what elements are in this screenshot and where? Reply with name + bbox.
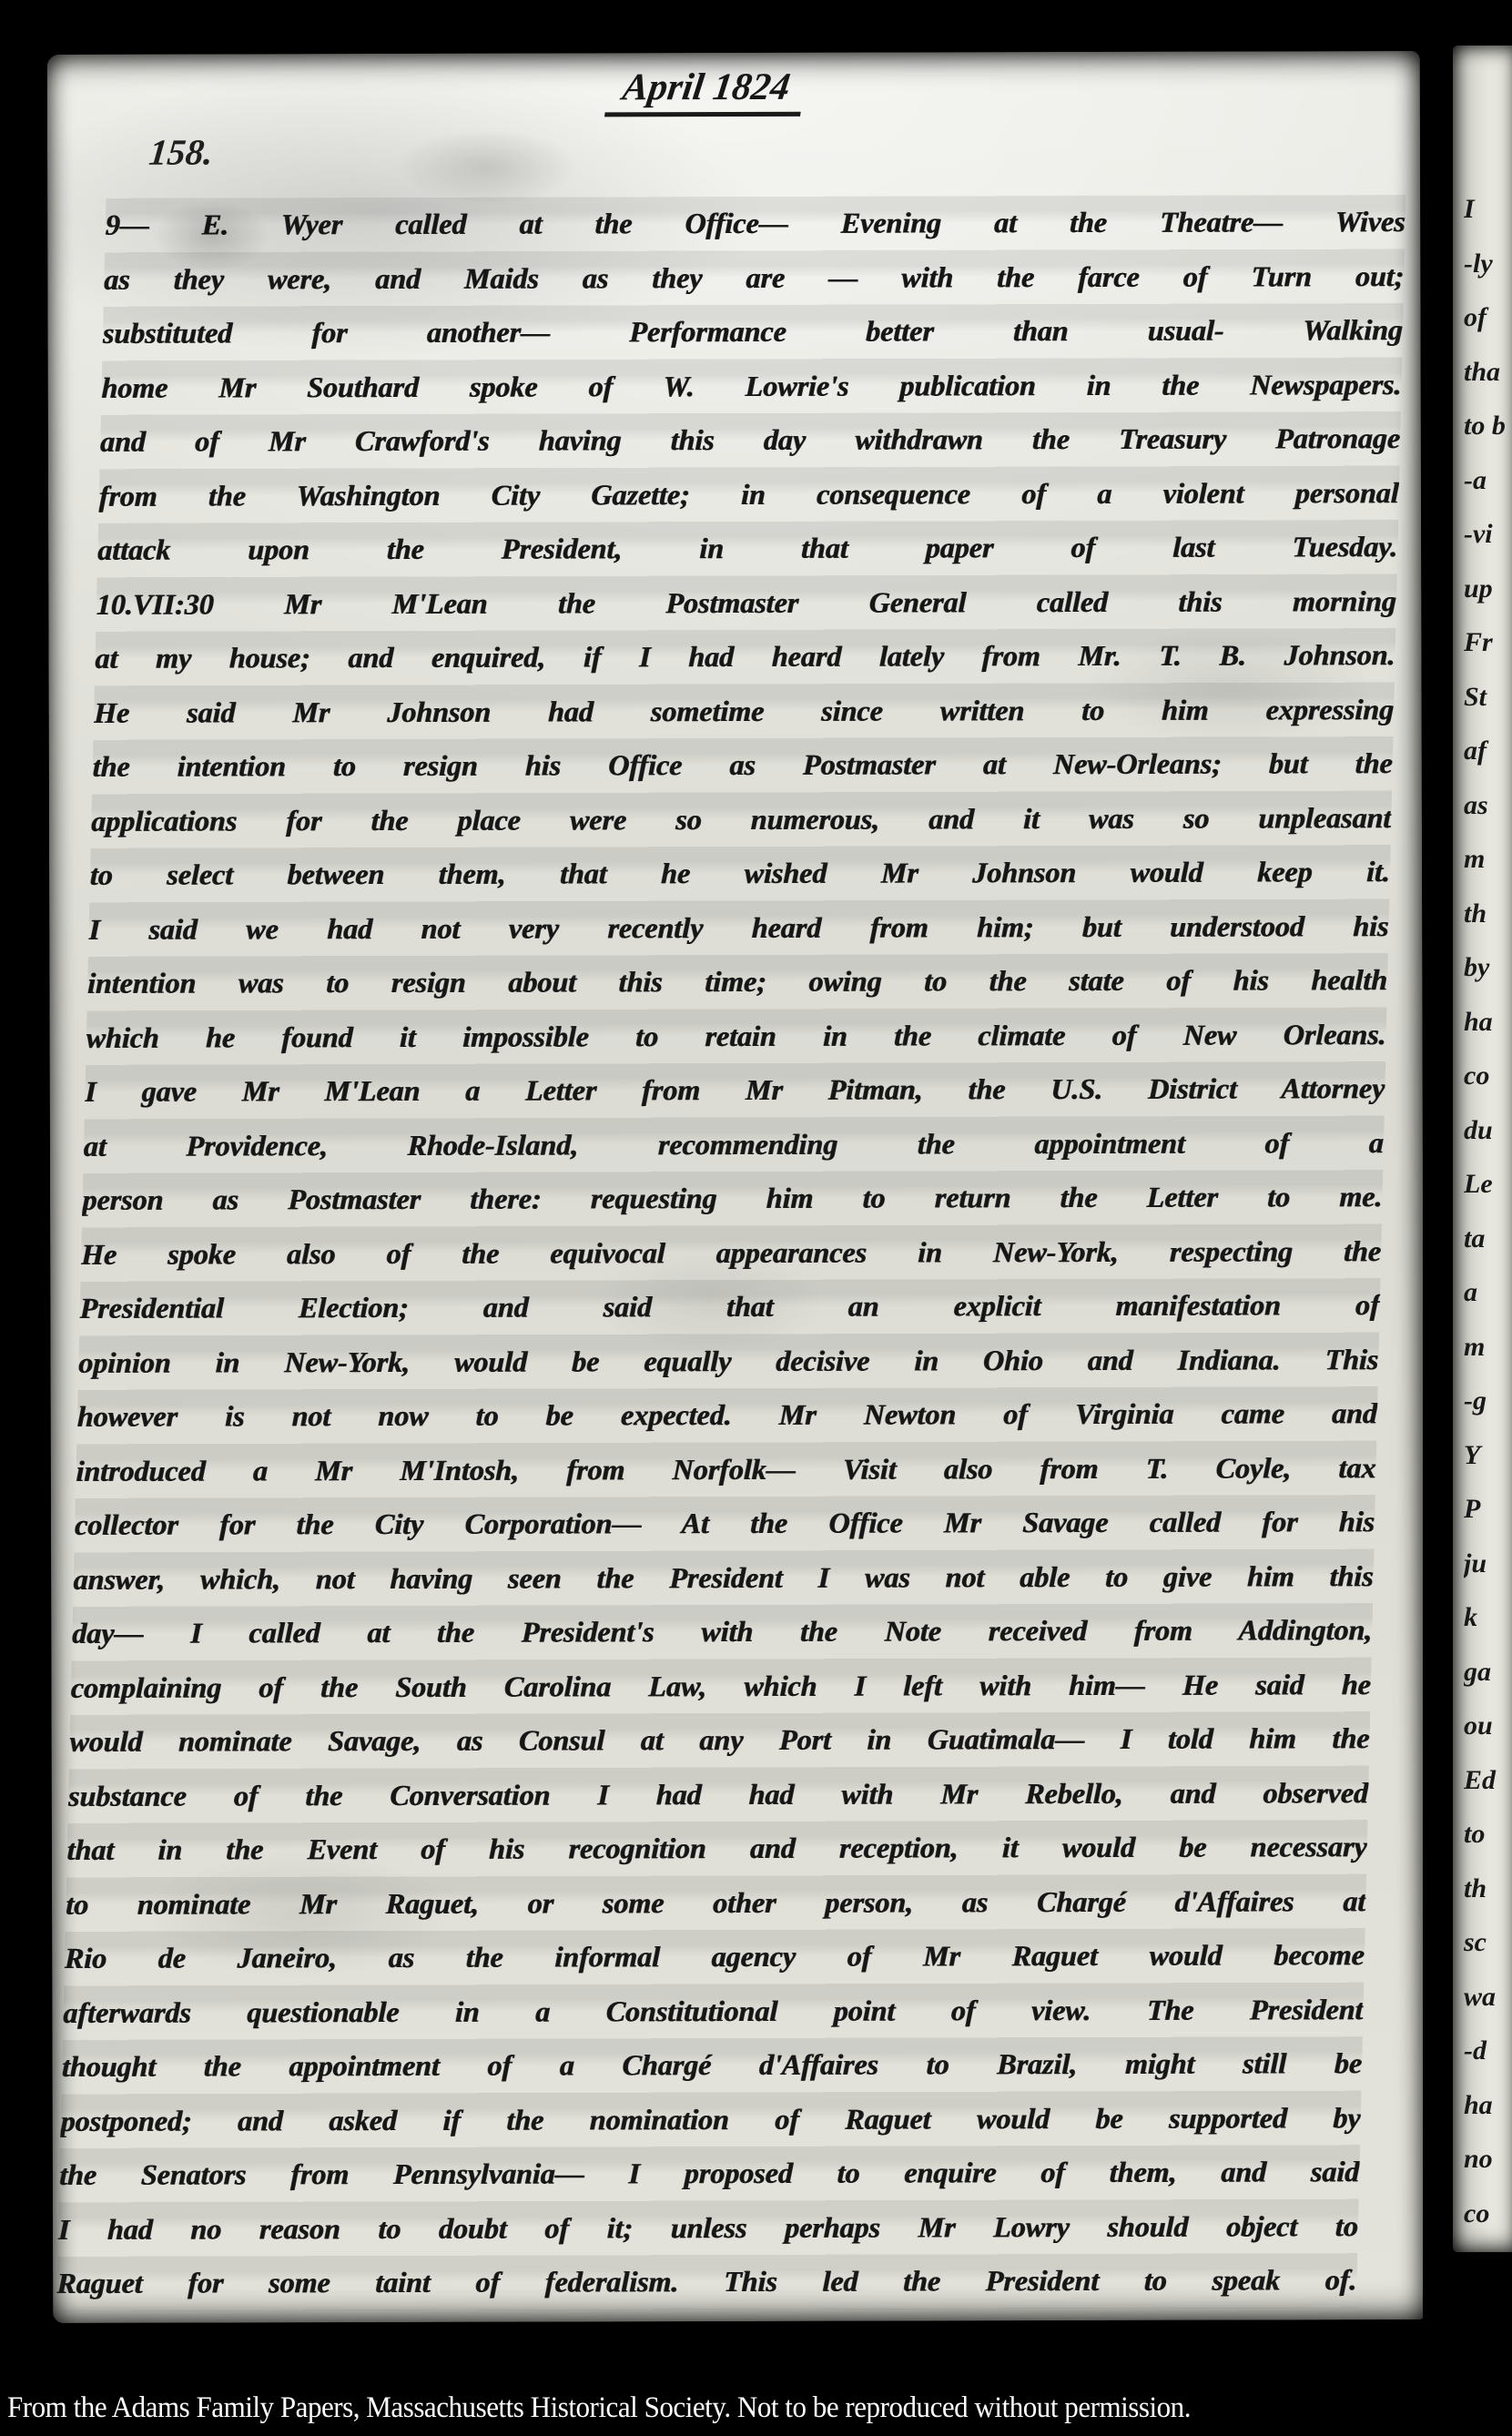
adjacent-page-line-fragment: -vi bbox=[1464, 507, 1512, 562]
manuscript-line: He said Mr Johnson had sometime since wr… bbox=[94, 683, 1395, 740]
adjacent-page-text: I-lyofthato b-a-viupFrStafasmthbyhacoduL… bbox=[1464, 182, 1512, 2248]
manuscript-line: at Providence, Rhode-Island, recommendin… bbox=[83, 1116, 1384, 1173]
manuscript-line: attack upon the President, in that paper… bbox=[97, 520, 1398, 577]
adjacent-page-line-fragment: co bbox=[1464, 2187, 1512, 2241]
manuscript-line: collector for the City Corporation— At t… bbox=[74, 1495, 1375, 1552]
book-gutter bbox=[1423, 0, 1453, 2436]
manuscript-line: would nominate Savage, as Consul at any … bbox=[69, 1711, 1370, 1769]
manuscript-line: postponed; and asked if the nomination o… bbox=[60, 2091, 1361, 2148]
adjacent-page-line-fragment: to b bbox=[1464, 399, 1512, 453]
manuscript-line: home Mr Southard spoke of W. Lowrie's pu… bbox=[101, 358, 1402, 415]
manuscript-line: from the Washington City Gazette; in con… bbox=[98, 466, 1399, 523]
adjacent-page-line-fragment: tha bbox=[1464, 345, 1512, 400]
manuscript-line: Rio de Janeiro, as the informal agency o… bbox=[64, 1928, 1365, 1985]
manuscript-line: I had no reason to doubt of it; unless p… bbox=[57, 2199, 1358, 2257]
adjacent-page-line-fragment: ga bbox=[1464, 1645, 1512, 1700]
adjacent-page-line-fragment: ju bbox=[1464, 1537, 1512, 1591]
manuscript-line: substituted for another— Performance bet… bbox=[102, 303, 1403, 360]
adjacent-page-line-fragment: of bbox=[1464, 290, 1512, 345]
adjacent-page-line-fragment: ou bbox=[1464, 1699, 1512, 1753]
date-heading-text: April 1824 bbox=[604, 66, 807, 117]
manuscript-line: as they were, and Maids as they are — wi… bbox=[104, 249, 1405, 307]
manuscript-line: person as Postmaster there: requesting h… bbox=[82, 1170, 1383, 1227]
adjacent-page-line-fragment: Fr bbox=[1464, 615, 1512, 670]
photo-frame: 158. April 1824 9— E. Wyer called at the… bbox=[0, 0, 1512, 2436]
manuscript-line: the intention to resign his Office as Po… bbox=[92, 736, 1393, 794]
manuscript-line: however is not now to be expected. Mr Ne… bbox=[76, 1386, 1377, 1444]
adjacent-page-line-fragment: St bbox=[1464, 670, 1512, 725]
manuscript-line: I said we had not very recently heard fr… bbox=[88, 899, 1389, 957]
adjacent-page-line-fragment: I bbox=[1464, 182, 1512, 237]
manuscript-line: He spoke also of the equivocal appearanc… bbox=[80, 1224, 1381, 1282]
adjacent-page-line-fragment: a bbox=[1464, 1265, 1512, 1320]
adjacent-page-line-fragment: Ed bbox=[1464, 1753, 1512, 1808]
adjacent-page-line-fragment: ha bbox=[1464, 2078, 1512, 2133]
adjacent-page-line-fragment: no bbox=[1464, 2132, 1512, 2187]
manuscript-line: that in the Event of his recognition and… bbox=[66, 1820, 1367, 1877]
adjacent-page-line-fragment: ta bbox=[1464, 1212, 1512, 1266]
adjacent-page-line-fragment: -a bbox=[1464, 453, 1512, 508]
adjacent-page-line-fragment: m bbox=[1464, 832, 1512, 887]
credit-caption: From the Adams Family Papers, Massachuse… bbox=[7, 2391, 1191, 2425]
manuscript-line: Raguet for some taint of federalism. Thi… bbox=[56, 2253, 1357, 2310]
adjacent-page-line-fragment: to bbox=[1464, 1807, 1512, 1862]
adjacent-page-line-fragment: k bbox=[1464, 1590, 1512, 1645]
manuscript-line: thought the appointment of a Chargé d'Af… bbox=[61, 2036, 1362, 2094]
adjacent-page-line-fragment: co bbox=[1464, 1049, 1512, 1103]
adjacent-page-line-fragment: -g bbox=[1464, 1374, 1512, 1428]
adjacent-page-line-fragment: by bbox=[1464, 940, 1512, 995]
adjacent-page-line-fragment: P bbox=[1464, 1482, 1512, 1537]
manuscript-line: Presidential Election; and said that an … bbox=[79, 1278, 1380, 1335]
manuscript-line: I gave Mr M'Lean a Letter from Mr Pitman… bbox=[85, 1061, 1385, 1119]
manuscript-line: day— I called at the President's with th… bbox=[72, 1603, 1373, 1660]
adjacent-page-line-fragment: Le bbox=[1464, 1157, 1512, 1212]
date-heading: April 1824 bbox=[47, 64, 1365, 118]
adjacent-page-line-fragment: -ly bbox=[1464, 237, 1512, 291]
manuscript-line: to nominate Mr Raguet, or some other per… bbox=[66, 1874, 1366, 1932]
manuscript-line: 10.VII:30 Mr M'Lean the Postmaster Gener… bbox=[96, 574, 1396, 632]
adjacent-page-line-fragment: m bbox=[1464, 1320, 1512, 1375]
adjacent-page-line-fragment: th bbox=[1464, 887, 1512, 941]
manuscript-line: 9— E. Wyer called at the Office— Evening… bbox=[105, 195, 1405, 252]
manuscript-line: and of Mr Crawford's having this day wit… bbox=[100, 411, 1401, 469]
manuscript-line: intention was to resign about this time;… bbox=[87, 953, 1388, 1010]
diary-page: 158. April 1824 9— E. Wyer called at the… bbox=[47, 51, 1426, 2323]
manuscript-line: opinion in New-York, would be equally de… bbox=[78, 1333, 1379, 1390]
manuscript-line: to select between them, that he wished M… bbox=[89, 845, 1390, 902]
adjacent-page-line-fragment: th bbox=[1464, 1862, 1512, 1916]
adjacent-page-line-fragment: Y bbox=[1464, 1428, 1512, 1483]
manuscript-line: the Senators from Pennsylvania— I propos… bbox=[59, 2145, 1360, 2202]
manuscript-line: complaining of the South Carolina Law, w… bbox=[70, 1658, 1371, 1715]
adjacent-page-edge: I-lyofthato b-a-viupFrStafasmthbyhacoduL… bbox=[1453, 46, 1512, 2252]
adjacent-page-line-fragment: as bbox=[1464, 778, 1512, 833]
page-number: 158. bbox=[147, 130, 216, 173]
manuscript-line: applications for the place were so numer… bbox=[91, 791, 1392, 848]
manuscript-line: substance of the Conversation I had had … bbox=[67, 1766, 1368, 1823]
manuscript-line: introduced a Mr M'Intosh, from Norfolk— … bbox=[76, 1441, 1376, 1498]
adjacent-page-line-fragment: up bbox=[1464, 562, 1512, 616]
manuscript-line: afterwards questionable in a Constitutio… bbox=[63, 1983, 1364, 2040]
adjacent-page-line-fragment: -d bbox=[1464, 2024, 1512, 2078]
manuscript-line: at my house; and enquired, if I had hear… bbox=[95, 628, 1395, 685]
manuscript-line: answer, which, not having seen the Presi… bbox=[73, 1549, 1374, 1607]
adjacent-page-line-fragment: ha bbox=[1464, 995, 1512, 1050]
adjacent-page-line-fragment: du bbox=[1464, 1103, 1512, 1158]
adjacent-page-line-fragment: af bbox=[1464, 724, 1512, 778]
manuscript-text: 9— E. Wyer called at the Office— Evening… bbox=[56, 195, 1406, 2310]
adjacent-page-line-fragment: sc bbox=[1464, 1915, 1512, 1970]
manuscript-line: which he found it impossible to retain i… bbox=[86, 1008, 1386, 1065]
adjacent-page-line-fragment: wa bbox=[1464, 1970, 1512, 2025]
